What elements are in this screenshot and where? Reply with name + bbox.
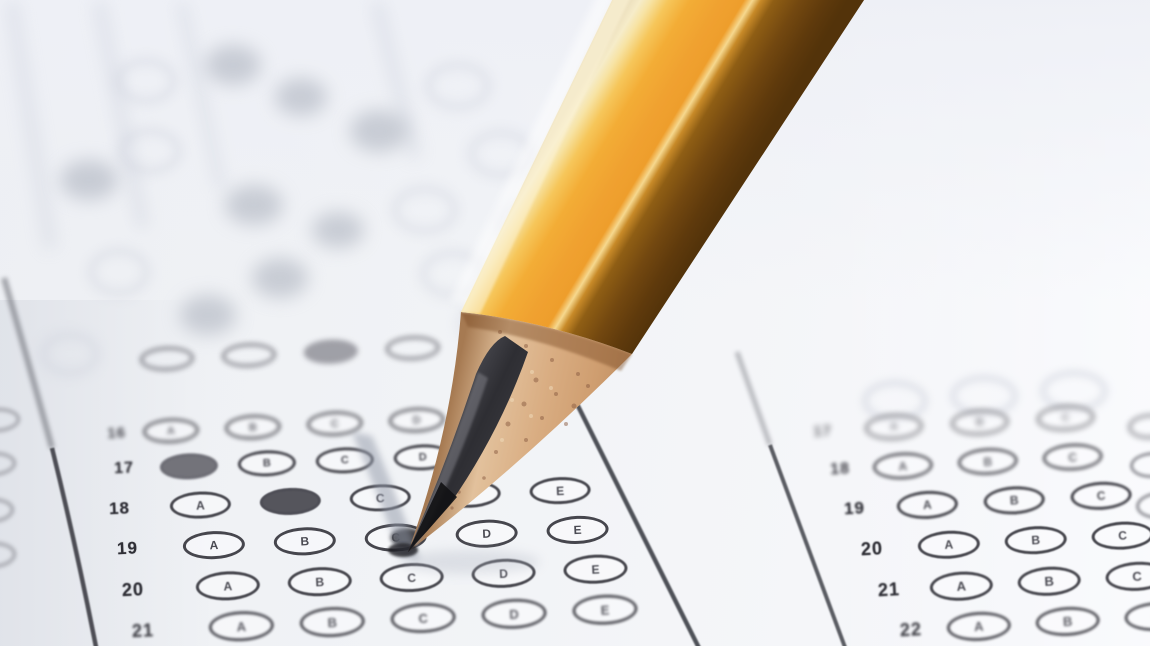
blurred-filled-bubble — [275, 78, 327, 116]
bubble-17-A-filled: A — [159, 452, 218, 480]
bubble-20-D: D — [471, 557, 536, 589]
bubble-r22-C: C — [1124, 600, 1150, 633]
answer-row-left-18: 18 A B C D E — [89, 475, 620, 523]
blurred-empty-bubble — [88, 248, 150, 296]
bubble-17-B: B — [237, 449, 296, 477]
pencil-body — [461, 0, 868, 354]
bubble-blurry-filled — [303, 339, 358, 365]
answer-row-right-19: 19 A B C — [830, 479, 1150, 524]
bubble-16-B: B — [224, 414, 281, 441]
blurred-filled-bubble — [350, 110, 408, 152]
bubble-blurry — [221, 342, 276, 368]
answer-row-left-16: 16 A B C D — [85, 405, 471, 447]
bubble-r19-B: B — [983, 485, 1045, 516]
bubble-18-E: E — [529, 476, 591, 505]
question-number: 18 — [816, 460, 851, 480]
bubble-r20-C: C — [1091, 520, 1150, 551]
bubble-21-D: D — [481, 597, 547, 630]
bubble-r19-A: A — [896, 489, 958, 520]
blurred-empty-bubble — [118, 128, 182, 174]
bubble-20-E: E — [563, 553, 628, 585]
question-number: 20 — [848, 538, 883, 561]
bubble-r21-A: A — [929, 570, 994, 602]
blurred-empty-bubble — [498, 200, 566, 250]
bubble-r17-C: C — [1036, 403, 1095, 432]
blurred-filled-bubble — [312, 212, 364, 248]
bubble-21-B: B — [299, 606, 365, 639]
blurred-column-line — [176, 1, 225, 189]
question-number: 19 — [98, 538, 139, 560]
bubble-17-D: D — [393, 443, 452, 471]
question-number: 22 — [887, 619, 922, 642]
bubble-r22-A: A — [946, 610, 1012, 643]
bubble-partial-left — [0, 407, 21, 433]
bubble-20-B: B — [287, 566, 352, 598]
bubble-18-D: D — [439, 480, 501, 509]
bubble-r21-C: C — [1105, 560, 1150, 592]
blurred-empty-bubble — [392, 186, 458, 234]
bubble-19-C-being-marked: C — [364, 522, 427, 553]
answer-row-left-17: 17 A B C D — [94, 442, 473, 482]
bubble-21-A: A — [208, 610, 274, 643]
answer-row-right-18: 18 A B C — [815, 441, 1128, 484]
bubble-r20-B: B — [1004, 525, 1067, 556]
bubble-19-D: D — [455, 518, 518, 549]
bubble-18-B-filled: B — [259, 487, 321, 516]
bubble-16-D: D — [388, 406, 445, 433]
blurred-column-line — [6, 1, 57, 250]
question-number: 18 — [90, 498, 131, 520]
bubble-r17-A: A — [864, 412, 923, 441]
question-number: 19 — [830, 498, 865, 520]
bubble-partial-right — [1129, 451, 1150, 479]
question-number: 21 — [114, 620, 155, 643]
blurred-empty-bubble — [420, 250, 486, 298]
bubble-19-E: E — [546, 515, 609, 546]
answer-row-right-22: 22 A B C — [887, 599, 1150, 646]
blurred-empty-bubble — [40, 332, 100, 376]
bubble-16-C: C — [306, 410, 363, 437]
bubble-partial-left — [0, 451, 17, 477]
bubble-21-C: C — [390, 602, 456, 635]
bubble-r18-C: C — [1042, 442, 1103, 472]
bubble-r22-B: B — [1035, 605, 1101, 638]
answer-row-right-21: 21 A B C — [865, 559, 1150, 606]
blurred-filled-bubble — [205, 45, 261, 85]
question-number: 16 — [86, 424, 127, 443]
bubble-20-C: C — [379, 562, 444, 594]
answer-row-right-20: 20 A B C — [848, 519, 1150, 564]
bubble-r19-C: C — [1070, 480, 1132, 511]
question-number: 17 — [94, 459, 135, 479]
bubble-16-A: A — [142, 417, 199, 444]
bubble-18-C: C — [349, 483, 411, 512]
bubble-partial-right — [1127, 413, 1150, 440]
question-number: 20 — [104, 579, 145, 602]
answer-row-left-blurry — [139, 334, 468, 372]
question-number: 17 — [798, 422, 833, 441]
question-number: 21 — [865, 579, 900, 602]
blurred-filled-bubble — [225, 185, 283, 225]
bubble-r17-B: B — [950, 408, 1009, 437]
bubble-r18-A: A — [872, 451, 933, 481]
blurred-filled-bubble — [60, 160, 118, 200]
blurred-empty-bubble — [425, 62, 491, 110]
bubble-21-E: E — [572, 593, 638, 626]
bubble-r20-A: A — [917, 529, 980, 560]
answer-sheet-photo: 16 A B C D 17 A B C D 18 A B C D E 19 A … — [0, 0, 1150, 646]
blurred-filled-bubble — [180, 295, 236, 335]
bubble-18-A: A — [169, 490, 231, 519]
blurred-empty-bubble — [458, 300, 522, 348]
bubble-r18-B: B — [957, 446, 1018, 476]
blurred-empty-bubble — [115, 58, 177, 104]
blurred-filled-bubble — [252, 258, 308, 298]
bubble-19-A: A — [182, 530, 245, 561]
wood-light-speckles — [460, 356, 553, 478]
blurred-empty-bubble — [468, 130, 534, 178]
bubble-r21-B: B — [1017, 565, 1082, 597]
bubble-19-B: B — [273, 526, 336, 557]
bubble-partial-left — [0, 541, 17, 569]
bubble-blurry — [139, 346, 194, 372]
bubble-20-A: A — [195, 570, 260, 602]
bubble-17-C: C — [315, 446, 374, 474]
bubble-partial-left — [0, 497, 15, 524]
bubble-blurry — [385, 335, 440, 361]
